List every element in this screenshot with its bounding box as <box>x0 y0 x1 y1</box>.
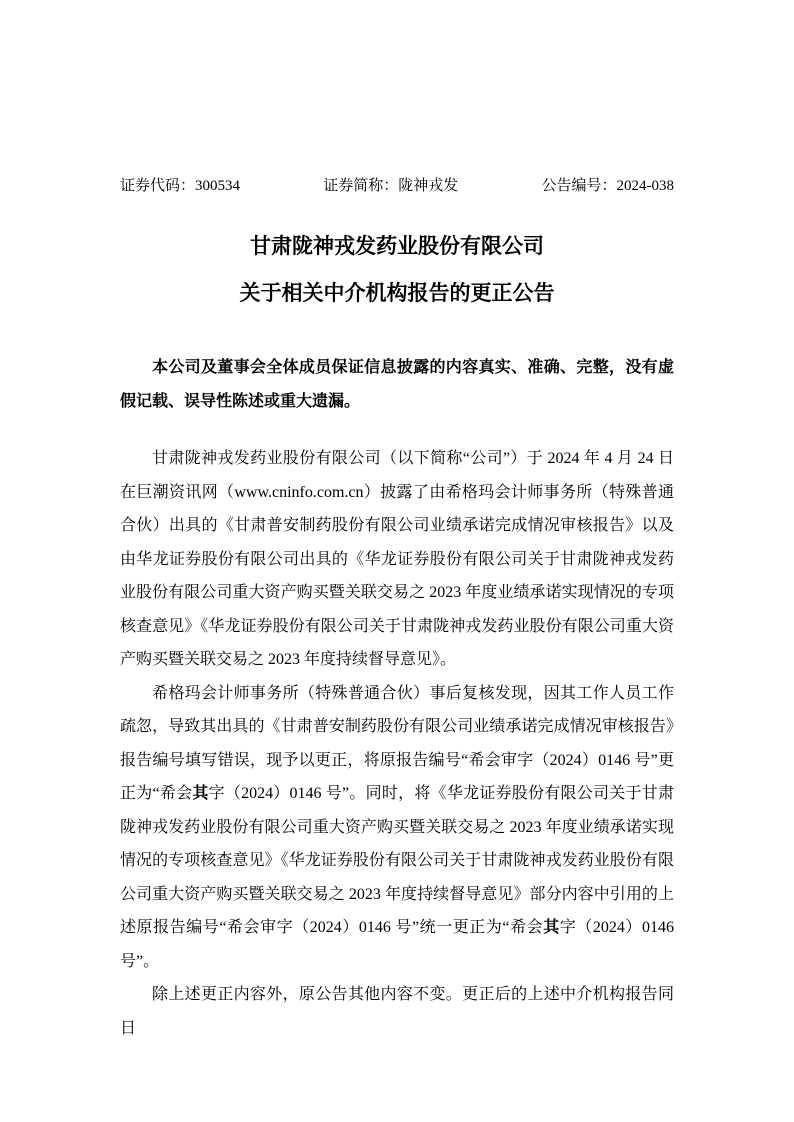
body-paragraph-correction-detail: 希格玛会计师事务所（特殊普通合伙）事后复核发现，因其工作人员工作疏忽，导致其出具… <box>120 677 674 979</box>
corrected-character-emphasis: 其 <box>543 919 560 936</box>
corrected-character-emphasis: 其 <box>192 785 208 802</box>
body-paragraph-other-content: 除上述更正内容外，原公告其他内容不变。更正后的上述中介机构报告同日 <box>120 978 674 1045</box>
disclosure-statement: 本公司及董事会全体成员保证信息披露的内容真实、准确、完整，没有虚假记载、误导性陈… <box>120 351 674 418</box>
text-run: 除上述更正内容外，原公告其他内容不变。更正后的上述中介机构报告同日 <box>120 986 674 1037</box>
body-paragraph-disclosure-history: 甘肃陇神戎发药业股份有限公司（以下简称“公司”）于 2024 年 4 月 24 … <box>120 442 674 677</box>
announcement-subject: 关于相关中介机构报告的更正公告 <box>120 279 674 309</box>
stock-code: 证券代码：300534 <box>120 176 240 196</box>
text-run: 字（2024）0146 号”。同时，将《华龙证券股份有限公司关于甘肃陇神戎发药业… <box>120 785 674 936</box>
company-title: 甘肃陇神戎发药业股份有限公司 <box>120 232 674 262</box>
stock-short-name: 证券简称：陇神戎发 <box>323 176 458 196</box>
document-header: 证券代码：300534 证券简称：陇神戎发 公告编号：2024-038 <box>120 176 674 196</box>
announcement-number: 公告编号：2024-038 <box>542 176 675 196</box>
text-run: 甘肃陇神戎发药业股份有限公司（以下简称“公司”）于 2024 年 4 月 24 … <box>120 450 674 668</box>
document-page: 证券代码：300534 证券简称：陇神戎发 公告编号：2024-038 甘肃陇神… <box>0 0 794 1122</box>
